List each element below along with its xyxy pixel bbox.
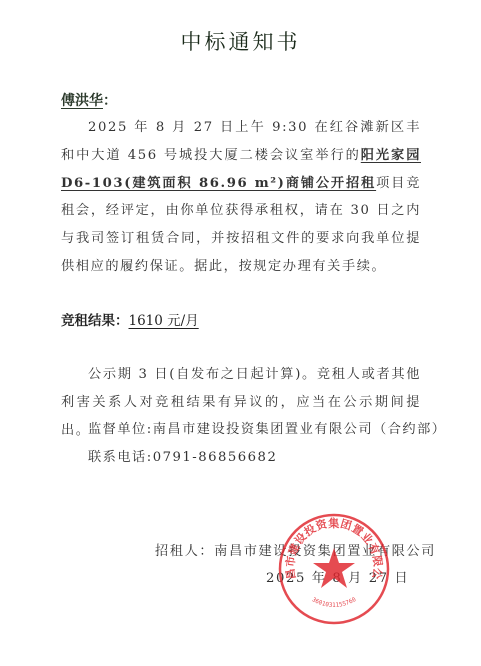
award-paragraph: 2025 年 8 月 27 日上午 9:30 在红谷滩新区丰和中大道 456 号… [61,114,421,281]
supervisor-label: 监督单位: [88,422,153,437]
contact-label: 联系电话: [88,450,153,465]
notice-page: 中标通知书 傅洪华： 2025 年 8 月 27 日上午 9:30 在红谷滩新区… [0,0,481,666]
supervisor-value: 南昌市建设投资集团置业有限公司（合约部） [153,422,447,437]
svg-text:3601031155760: 3601031155760 [311,596,358,609]
recipient-name: 傅洪华 [61,93,103,109]
contact-line: 联系电话:0791-86856682 [88,446,277,465]
rent-result-label: 竞租结果： [61,313,129,329]
document-title: 中标通知书 [0,26,481,56]
company-seal-icon: 南昌市建设投资集团置业有限公司 3601031155760 [277,512,391,626]
salutation-colon: ： [103,93,117,109]
seal-number: 3601031155760 [311,596,358,609]
supervisor-line: 监督单位:南昌市建设投资集团置业有限公司（合约部） [88,418,446,437]
rent-result: 竞租结果：1610 元/月 [61,309,211,329]
contact-phone: 0791-86856682 [153,450,278,465]
salutation: 傅洪华： [61,90,117,110]
signer-label: 招租人： [155,544,214,559]
rent-result-value: 1610 元/月 [129,313,211,329]
